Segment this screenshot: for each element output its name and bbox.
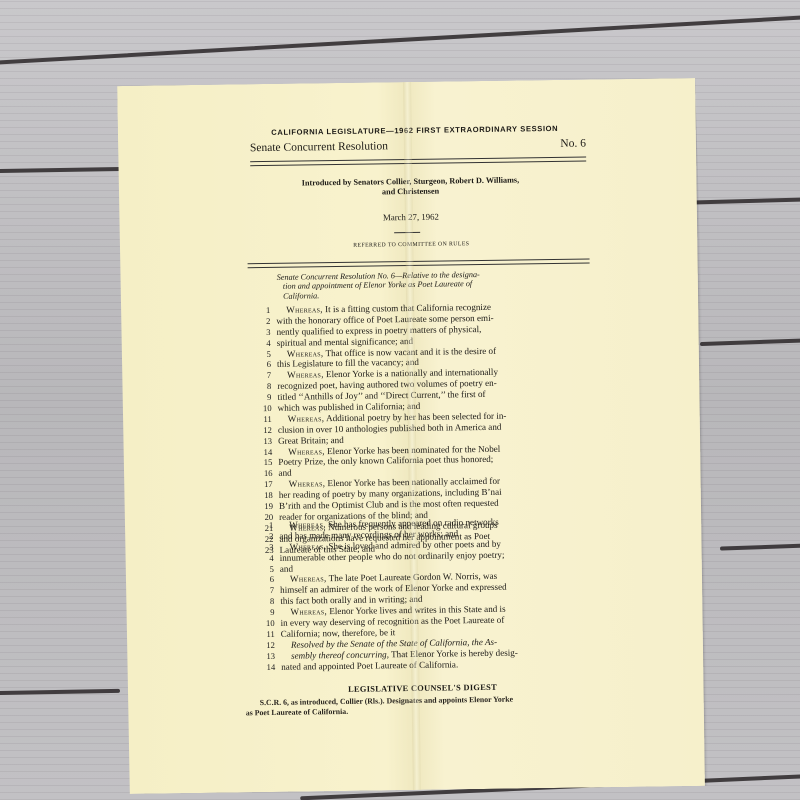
line-number: 8 [259, 381, 271, 392]
digest-body: S.C.R. 6, as introduced, Collier (Rls.).… [246, 693, 606, 717]
resolution-number: No. 6 [488, 138, 586, 151]
line-number: 14 [260, 447, 272, 458]
plank-seam [720, 543, 800, 550]
line-number: 7 [259, 370, 271, 381]
line-text: nated and appointed Poet Laureate of Cal… [281, 659, 458, 672]
line-number: 16 [260, 468, 272, 479]
line-number: 12 [260, 425, 272, 436]
line-number: 12 [263, 640, 275, 651]
line-number: 5 [259, 349, 271, 360]
line-number: 5 [262, 563, 274, 574]
referred-to-committee: REFERRED TO COMMITTEE ON RULES [251, 240, 571, 250]
line-number: 6 [259, 359, 271, 370]
resolution-paper: CALIFORNIA LEGISLATURE—1962 FIRST EXTRAO… [117, 78, 705, 794]
resolution-body-page2: 1Whereas, She has frequently appeared on… [261, 515, 603, 672]
line-number: 8 [262, 596, 274, 607]
line-number: 4 [262, 553, 274, 564]
line-number: 11 [260, 414, 272, 425]
line-text: and [280, 563, 293, 574]
line-text: and [278, 468, 291, 479]
plank-seam [0, 167, 130, 173]
line-number: 17 [261, 479, 273, 490]
line-number: 13 [260, 436, 272, 447]
section-double-rule [248, 258, 590, 268]
line-number: 3 [261, 542, 273, 553]
short-rule [394, 232, 420, 233]
line-number: 9 [262, 607, 274, 618]
resolution-type: Senate Concurrent Resolution [250, 140, 388, 154]
line-number: 1 [261, 520, 273, 531]
line-number: 9 [259, 392, 271, 403]
session-header: CALIFORNIA LEGISLATURE—1962 FIRST EXTRAO… [250, 124, 580, 138]
plank-seam [0, 689, 120, 695]
header-double-rule [250, 157, 586, 167]
line-number: 18 [261, 490, 273, 501]
line-number: 13 [263, 651, 275, 662]
line-number: 10 [260, 403, 272, 414]
line-number: 15 [260, 457, 272, 468]
line-number: 14 [263, 661, 275, 672]
line-number: 6 [262, 574, 274, 585]
relating-clause: Senate Concurrent Resolution No. 6—Relat… [277, 269, 567, 301]
plank-seam [700, 338, 800, 346]
line-number: 2 [261, 531, 273, 542]
line-number: 4 [259, 338, 271, 349]
line-number: 3 [258, 327, 270, 338]
line-number: 10 [263, 618, 275, 629]
line-number: 1 [258, 305, 270, 316]
line-number: 11 [263, 629, 275, 640]
line-number: 19 [261, 501, 273, 512]
digest-title: LEGISLATIVE COUNSEL'S DIGEST [257, 682, 587, 696]
plank-seam [0, 15, 800, 65]
line-number: 7 [262, 585, 274, 596]
introduced-by: Introduced by Senators Collier, Sturgeon… [250, 175, 570, 199]
line-number: 2 [258, 316, 270, 327]
introduction-date: March 27, 1962 [251, 210, 571, 224]
